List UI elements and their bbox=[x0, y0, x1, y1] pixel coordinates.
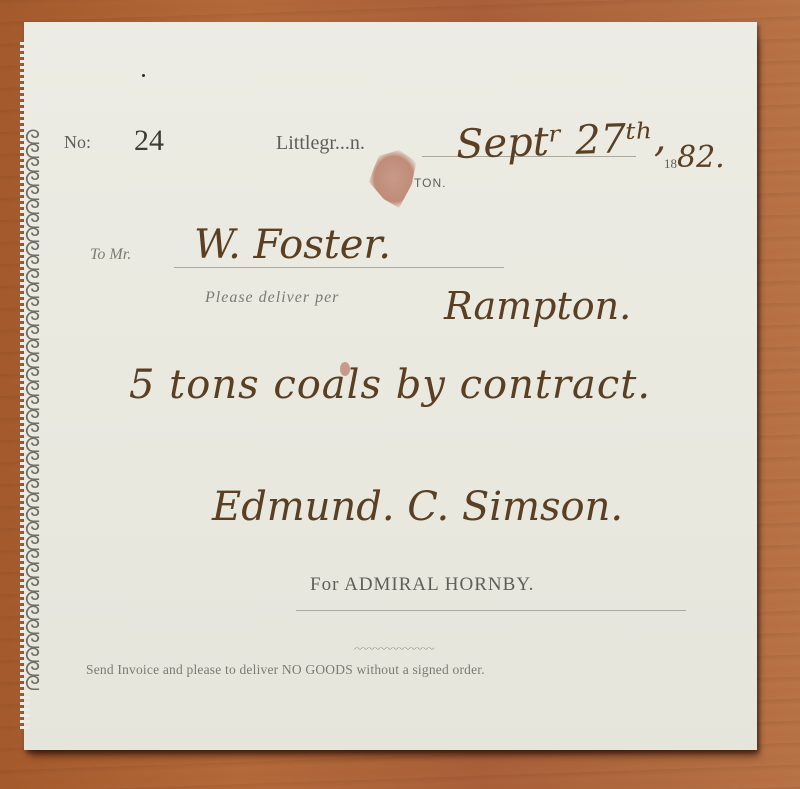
deliver-label: Please deliver per bbox=[205, 289, 339, 307]
order-slip: ᘓᘓᘓᘓᘓᘓᘓᘓ ᘓᘓᘓᘓᘓᘓᘓᘓ ᘓᘓᘓᘓᘓᘓᘓᘓ ᘓᘓᘓᘓᘓᘓᘓᘓ ᘓᘓᘓᘓ… bbox=[24, 22, 757, 750]
deliver-via-handwritten: Rampton. bbox=[444, 284, 631, 328]
recipient-handwritten: W. Foster. bbox=[194, 222, 391, 268]
wavy-divider bbox=[354, 646, 434, 650]
signature-rule bbox=[296, 610, 686, 611]
order-number: 24 bbox=[134, 124, 164, 158]
ink-spot bbox=[340, 362, 350, 376]
pin-hole bbox=[142, 74, 145, 77]
to-label: To Mr. bbox=[90, 246, 131, 264]
year-prefix: 18 bbox=[664, 156, 677, 172]
scrollwork-border: ᘓᘓᘓᘓᘓᘓᘓᘓ ᘓᘓᘓᘓᘓᘓᘓᘓ ᘓᘓᘓᘓᘓᘓᘓᘓ ᘓᘓᘓᘓᘓᘓᘓᘓ ᘓᘓᘓᘓ… bbox=[26, 130, 52, 690]
footer-note: Send Invoice and please to deliver NO GO… bbox=[86, 662, 485, 678]
place-name: Littlegr...n. bbox=[276, 132, 365, 155]
year-handwritten: 82. bbox=[677, 140, 725, 175]
date-handwritten: Septʳ 27ᵗʰ, bbox=[455, 115, 667, 168]
signature-handwritten: Edmund. C. Simson. bbox=[212, 484, 623, 530]
on-behalf-of: For ADMIRAL HORNBY. bbox=[310, 574, 534, 596]
paper-tear-stain bbox=[369, 150, 419, 208]
order-item-handwritten: 5 tons coals by contract. bbox=[129, 362, 651, 408]
order-number-label: No: bbox=[64, 132, 91, 153]
